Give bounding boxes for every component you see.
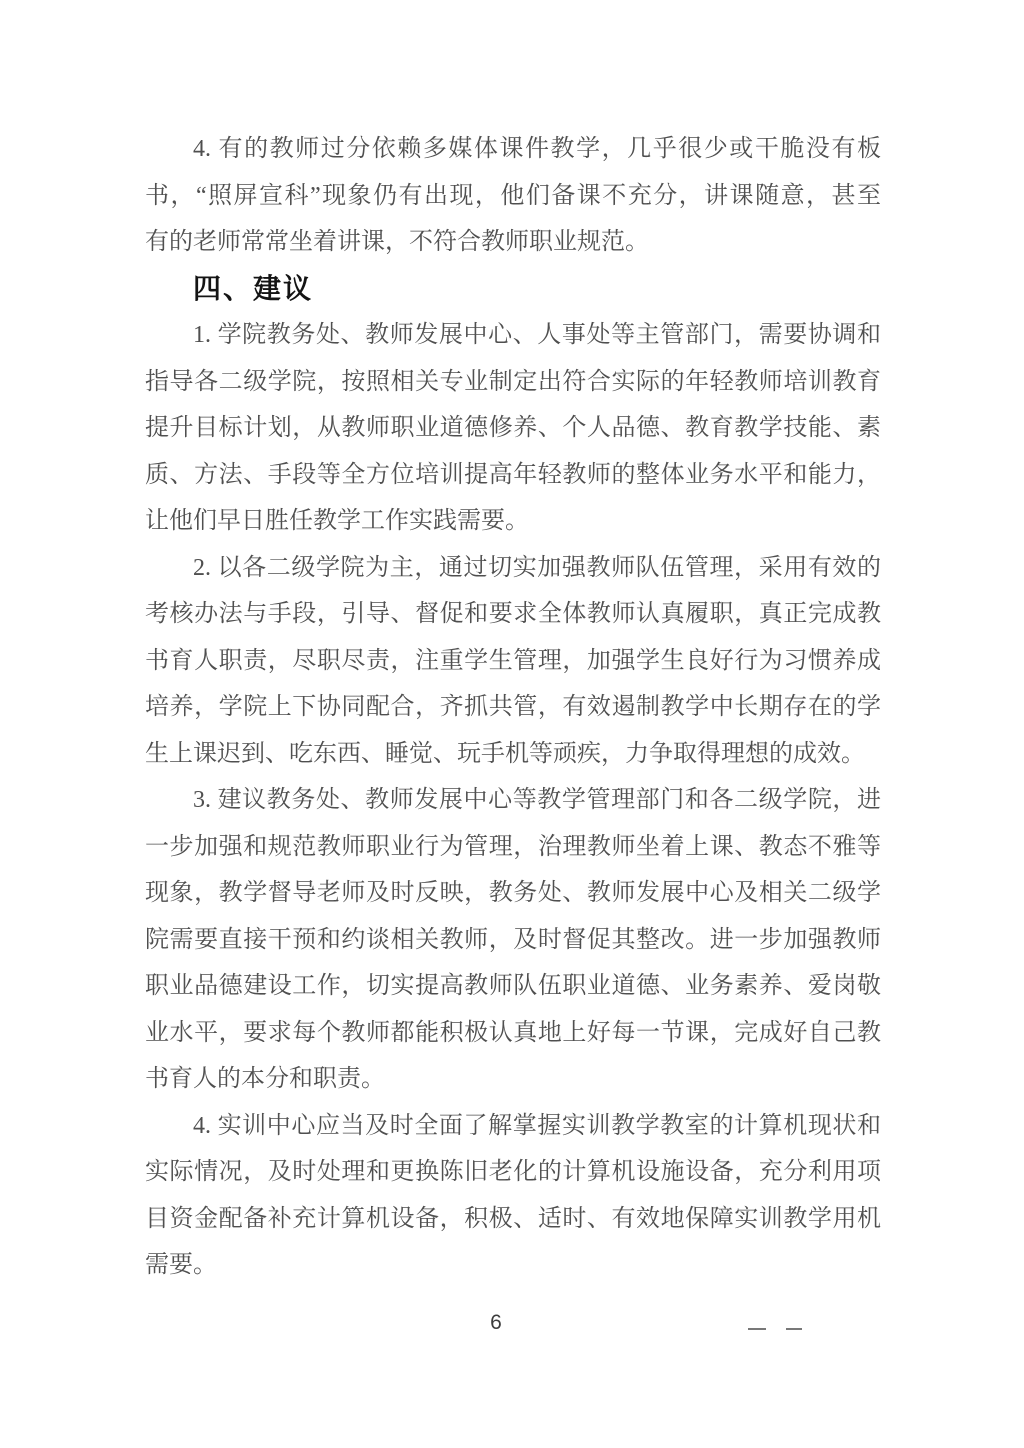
paragraph-line: 质、方法、手段等全方位培训提高年轻教师的整体业务水平和能力，	[145, 452, 881, 499]
paragraph-line: 指导各二级学院，按照相关专业制定出符合实际的年轻教师培训教育	[145, 359, 881, 406]
paragraph-line: 有的老师常常坐着讲课，不符合教师职业规范。	[145, 219, 881, 266]
paragraph-line: 业水平，要求每个教师都能积极认真地上好每一节课，完成好自己教	[145, 1010, 881, 1057]
paragraph-line: 现象，教学督导老师及时反映，教务处、教师发展中心及相关二级学	[145, 870, 881, 917]
paragraph-line: 需要。	[145, 1242, 881, 1289]
paragraph-line: 考核办法与手段，引导、督促和要求全体教师认真履职，真正完成教	[145, 591, 881, 638]
paragraph-line: 一步加强和规范教师职业行为管理，治理教师坐着上课、教态不雅等	[145, 824, 881, 871]
paragraph-line: 目资金配备补充计算机设备，积极、适时、有效地保障实训教学用机	[145, 1196, 881, 1243]
section-heading: 四、建议	[145, 266, 881, 313]
paragraph-line: 2. 以各二级学院为主，通过切实加强教师队伍管理，采用有效的	[145, 545, 881, 592]
paragraph-line: 1. 学院教务处、教师发展中心、人事处等主管部门，需要协调和	[145, 312, 881, 359]
paragraph-line: 培养，学院上下协同配合，齐抓共管，有效遏制教学中长期存在的学	[145, 684, 881, 731]
paragraph-line: 书，“照屏宣科”现象仍有出现，他们备课不充分，讲课随意，甚至	[145, 173, 881, 220]
paragraph-line: 书育人的本分和职责。	[145, 1056, 881, 1103]
footer-dash-mark	[748, 1328, 766, 1330]
paragraph-line: 书育人职责，尽职尽责，注重学生管理，加强学生良好行为习惯养成	[145, 638, 881, 685]
paragraph-line: 4. 实训中心应当及时全面了解掌握实训教学教室的计算机现状和	[145, 1103, 881, 1150]
paragraph-line: 让他们早日胜任教学工作实践需要。	[145, 498, 881, 545]
paragraph-line: 实际情况，及时处理和更换陈旧老化的计算机设施设备，充分利用项	[145, 1149, 881, 1196]
page-number: 6	[470, 1311, 522, 1335]
paragraph-line: 提升目标计划，从教师职业道德修养、个人品德、教育教学技能、素	[145, 405, 881, 452]
paragraph-line: 4. 有的教师过分依赖多媒体课件教学，几乎很少或干脆没有板	[145, 126, 881, 173]
paragraph-line: 职业品德建设工作，切实提高教师队伍职业道德、业务素养、爱岗敬	[145, 963, 881, 1010]
paragraph-line: 院需要直接干预和约谈相关教师，及时督促其整改。进一步加强教师	[145, 917, 881, 964]
paragraph-line: 3. 建议教务处、教师发展中心等教学管理部门和各二级学院，进	[145, 777, 881, 824]
document-page: 4. 有的教师过分依赖多媒体课件教学，几乎很少或干脆没有板 书，“照屏宣科”现象…	[0, 0, 1024, 1448]
footer-dash-mark	[786, 1328, 802, 1330]
paragraph-line: 生上课迟到、吃东西、睡觉、玩手机等顽疾，力争取得理想的成效。	[145, 731, 881, 778]
document-body: 4. 有的教师过分依赖多媒体课件教学，几乎很少或干脆没有板 书，“照屏宣科”现象…	[145, 126, 881, 1289]
